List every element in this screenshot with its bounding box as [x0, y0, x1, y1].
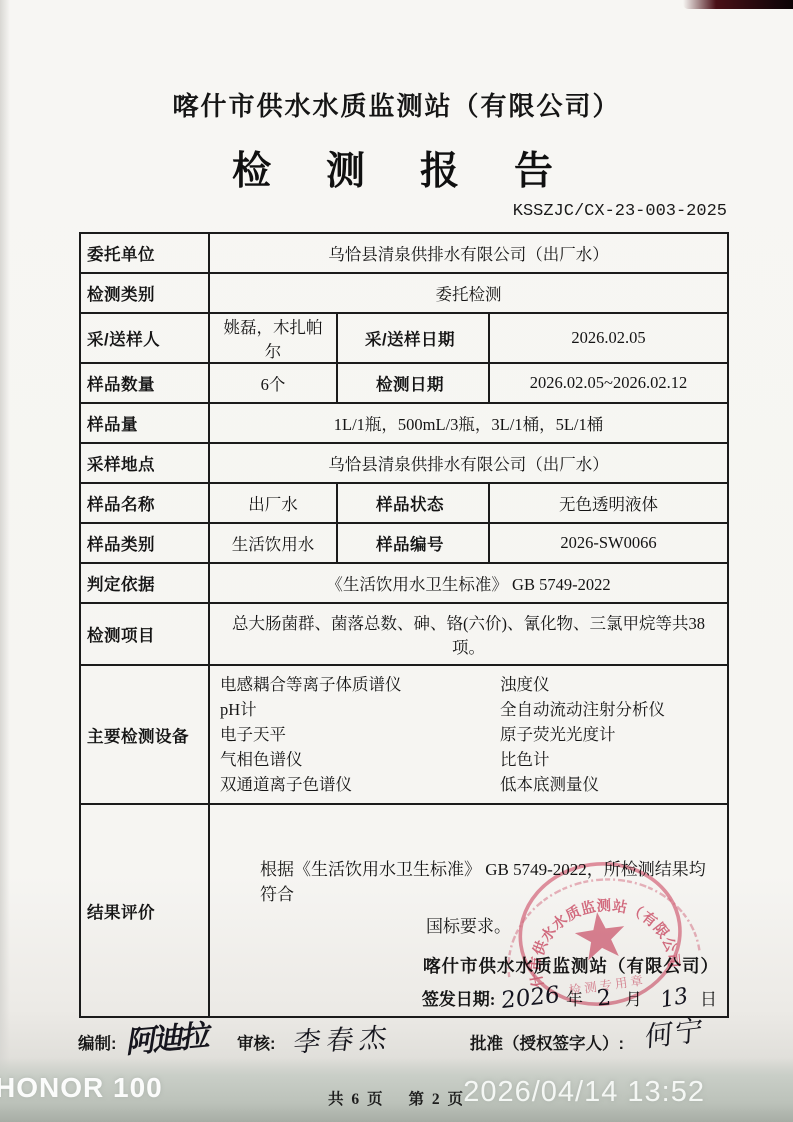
table-row: 判定依据 《生活饮用水卫生标准》 GB 5749-2022: [80, 563, 728, 603]
sign-date-day-handwritten: 13: [660, 983, 688, 1013]
field-label: 样品状态: [337, 483, 489, 523]
table-row-equipment: 主要检测设备 电感耦合等离子体质谱仪 pH计 电子天平 气相色谱仪 双通道离子色…: [80, 665, 728, 804]
evaluation-text-line1: 根据《生活饮用水卫生标准》 GB 5749-2022，所检测结果均符合: [216, 855, 721, 905]
signature-row: 编制: 阿迪拉 审核: 李春杰 批准（授权签字人）: 何宁: [0, 1016, 793, 1074]
prepared-by-signature: 阿迪拉: [125, 1010, 213, 1062]
field-value: 6个: [209, 363, 337, 403]
report-number: KSSZJC/CX-23-003-2025: [79, 202, 727, 221]
field-label: 判定依据: [80, 563, 209, 603]
equipment-item: 低本底测量仪: [500, 772, 665, 797]
table-row-evaluation: 结果评价 根据《生活饮用水卫生标准》 GB 5749-2022，所检测结果均符合…: [80, 804, 728, 1017]
table-row: 检测项目 总大肠菌群、菌落总数、砷、铬(六价)、氰化物、三氯甲烷等共38项。: [80, 603, 728, 665]
year-unit: 年: [566, 985, 583, 1010]
field-value: 出厂水: [209, 483, 337, 523]
field-value: 姚磊，木扎帕尔: [209, 313, 337, 363]
table-row: 样品数量 6个 检测日期 2026.02.05~2026.02.12: [80, 363, 728, 403]
field-label: 样品编号: [337, 523, 489, 563]
equipment-list-left: 电感耦合等离子体质谱仪 pH计 电子天平 气相色谱仪 双通道离子色谱仪: [220, 672, 500, 797]
field-value: 2026-SW0066: [489, 523, 728, 563]
field-label: 样品数量: [80, 363, 209, 403]
equipment-item: 双通道离子色谱仪: [220, 772, 500, 797]
table-row: 样品名称 出厂水 样品状态 无色透明液体: [80, 483, 728, 523]
sign-date-label: 签发日期:: [422, 985, 496, 1010]
approved-by-label: 批准（授权签字人）:: [470, 1030, 624, 1054]
report-form-table: 委托单位 乌恰县清泉供排水有限公司（出厂水） 检测类别 委托检测 采/送样人 姚…: [79, 232, 729, 1018]
equipment-item: 气相色谱仪: [220, 747, 500, 772]
field-value: 委托检测: [209, 273, 728, 313]
approved-by-signature: 何宁: [644, 1008, 706, 1056]
month-unit: 月: [625, 985, 642, 1010]
equipment-item: 全自动流动注射分析仪: [500, 697, 665, 722]
sign-date-year-handwritten: 2026: [501, 982, 560, 1014]
equipment-item: 比色计: [500, 747, 665, 772]
field-label: 检测日期: [337, 363, 489, 403]
field-label: 采/送样日期: [337, 313, 489, 363]
sign-date-month-handwritten: 2: [596, 986, 612, 1012]
field-value: 乌恰县清泉供排水有限公司（出厂水）: [209, 443, 728, 483]
field-label: 检测类别: [80, 273, 209, 313]
equipment-item: pH计: [220, 697, 500, 722]
field-value: 总大肠菌群、菌落总数、砷、铬(六价)、氰化物、三氯甲烷等共38项。: [209, 603, 728, 665]
table-row: 样品类别 生活饮用水 样品编号 2026-SW0066: [80, 523, 728, 563]
field-label: 样品量: [80, 403, 209, 443]
equipment-item: 原子荧光光度计: [500, 722, 665, 747]
evaluation-cell: 根据《生活饮用水卫生标准》 GB 5749-2022，所检测结果均符合 国标要求…: [209, 804, 728, 1017]
day-unit: 日: [700, 985, 717, 1010]
field-value: 乌恰县清泉供排水有限公司（出厂水）: [209, 233, 728, 273]
field-label: 主要检测设备: [80, 665, 209, 804]
field-value: 2026.02.05: [489, 313, 728, 363]
table-row: 采样地点 乌恰县清泉供排水有限公司（出厂水）: [80, 443, 728, 483]
sign-date-line: 签发日期: 2026 年 2 月 13 日: [422, 985, 717, 1011]
field-value: 生活饮用水: [209, 523, 337, 563]
equipment-item: 浊度仪: [500, 672, 665, 697]
organization-title: 喀什市供水水质监测站（有限公司）: [0, 86, 793, 123]
field-value: 1L/1瓶，500mL/3瓶，3L/1桶，5L/1桶: [209, 403, 728, 443]
issuer-name: 喀什市供水水质监测站（有限公司）: [423, 953, 719, 978]
evaluation-text-line2: 国标要求。: [216, 912, 721, 937]
field-label: 采样地点: [80, 443, 209, 483]
reviewed-by-label: 审核:: [237, 1030, 276, 1054]
equipment-item: 电子天平: [220, 722, 500, 747]
field-label: 采/送样人: [80, 313, 209, 363]
field-label: 结果评价: [80, 804, 209, 1017]
table-row: 委托单位 乌恰县清泉供排水有限公司（出厂水）: [80, 233, 728, 273]
field-label: 委托单位: [80, 233, 209, 273]
field-label: 样品名称: [80, 483, 209, 523]
field-label: 样品类别: [80, 523, 209, 563]
table-row: 样品量 1L/1瓶，500mL/3瓶，3L/1桶，5L/1桶: [80, 403, 728, 443]
equipment-cell: 电感耦合等离子体质谱仪 pH计 电子天平 气相色谱仪 双通道离子色谱仪 浊度仪 …: [209, 665, 728, 804]
reviewed-by-signature: 李春杰: [292, 1015, 396, 1059]
table-row: 采/送样人 姚磊，木扎帕尔 采/送样日期 2026.02.05: [80, 313, 728, 363]
prepared-by-label: 编制:: [78, 1030, 117, 1054]
equipment-item: 电感耦合等离子体质谱仪: [220, 672, 500, 697]
equipment-list-right: 浊度仪 全自动流动注射分析仪 原子荧光光度计 比色计 低本底测量仪: [500, 672, 665, 797]
field-label: 检测项目: [80, 603, 209, 665]
table-row: 检测类别 委托检测: [80, 273, 728, 313]
total-pages: 共 6 页: [328, 1091, 385, 1108]
report-title: 检 测 报 告: [0, 140, 793, 196]
camera-timestamp-watermark: 2026/04/14 13:52: [463, 1076, 705, 1109]
report-photo: 喀什市供水水质监测站（有限公司） 检 测 报 告 KSSZJC/CX-23-00…: [0, 0, 793, 1122]
field-value: 2026.02.05~2026.02.12: [489, 363, 728, 403]
photo-background-sliver: [683, 0, 793, 9]
camera-device-watermark: HONOR 100: [0, 1072, 163, 1104]
field-value: 《生活饮用水卫生标准》 GB 5749-2022: [209, 563, 728, 603]
field-value: 无色透明液体: [489, 483, 728, 523]
current-page: 第 2 页: [408, 1091, 465, 1108]
